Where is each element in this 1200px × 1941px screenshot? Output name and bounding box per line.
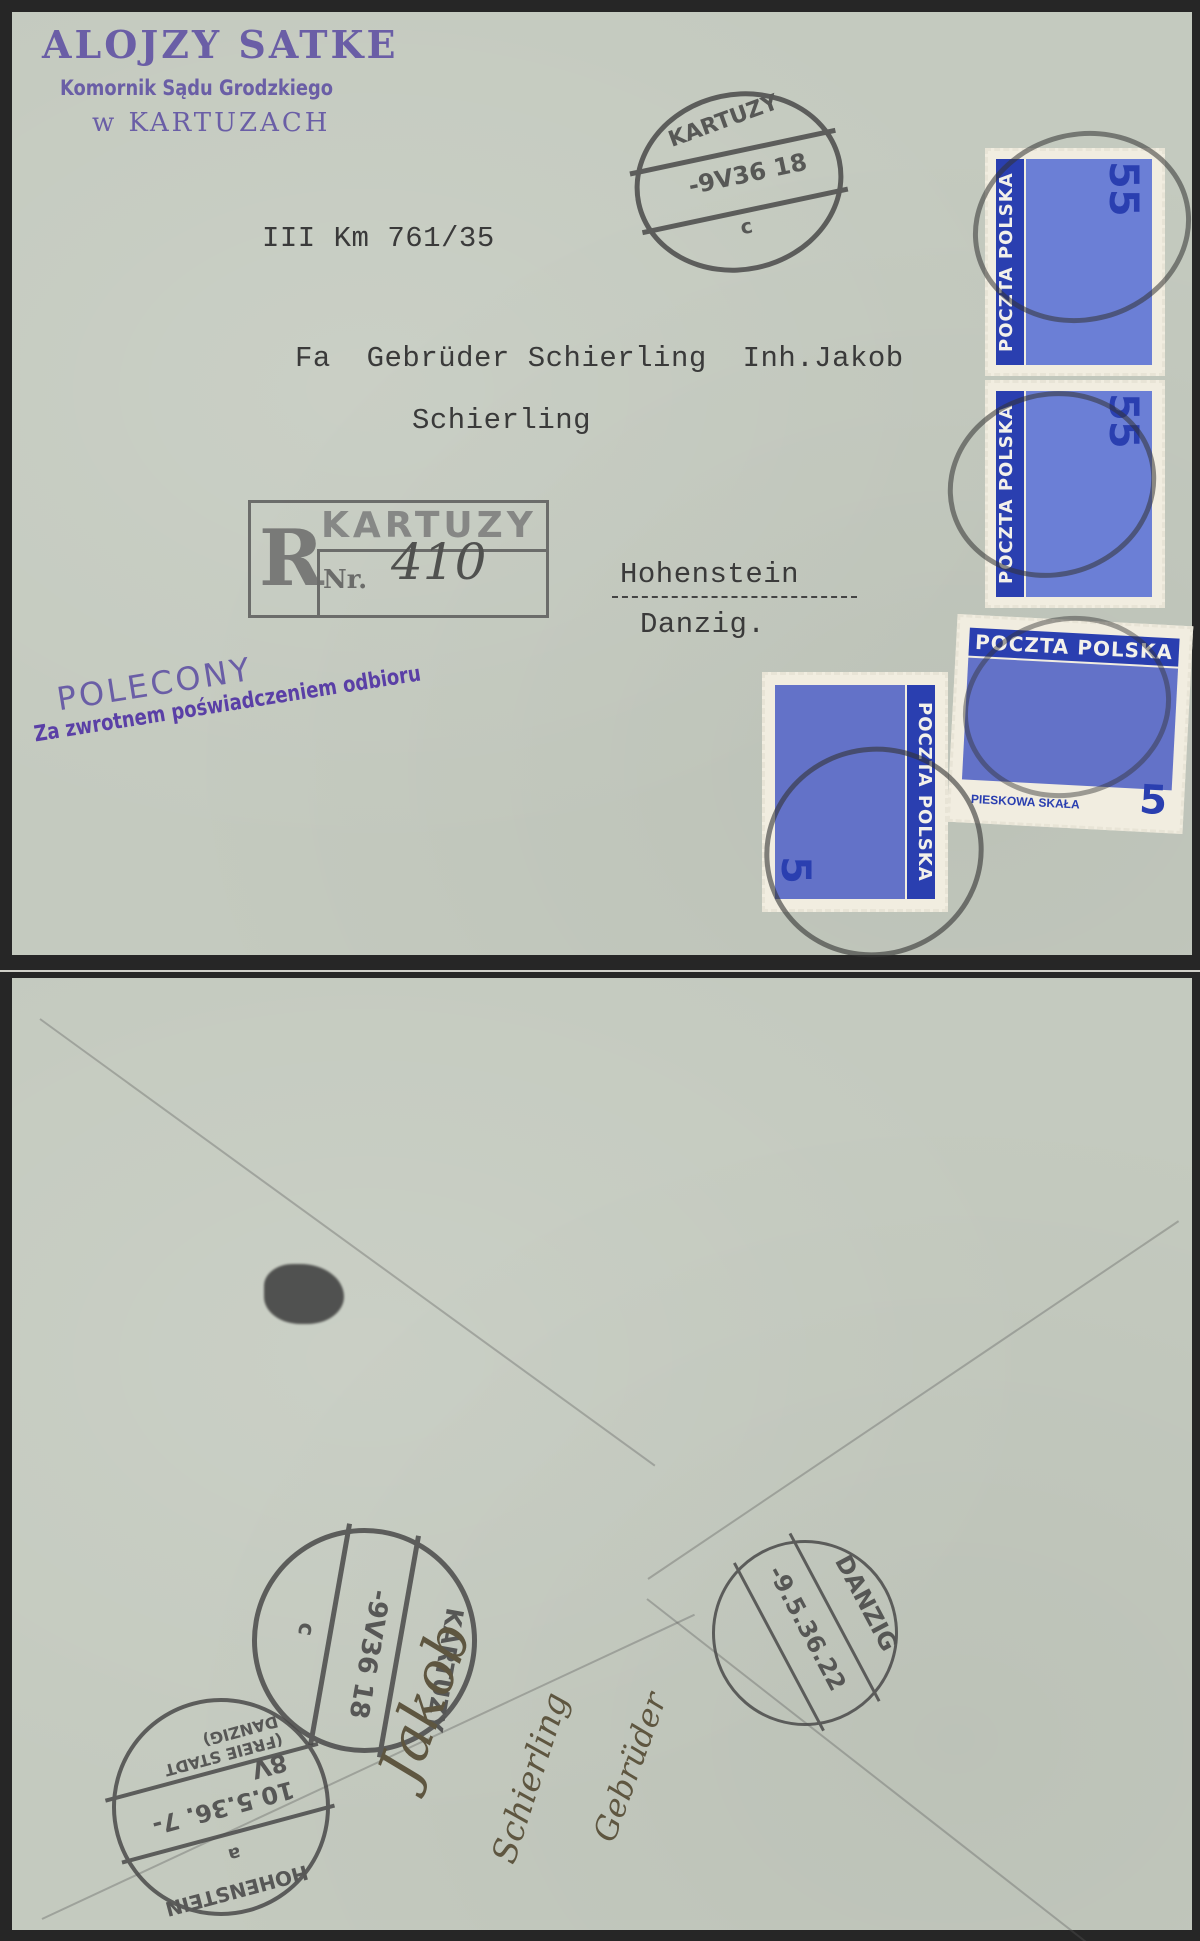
address-region: Danzig. bbox=[640, 608, 765, 641]
signature-2: Schierling bbox=[484, 1688, 577, 1869]
reference-number: III Km 761/35 bbox=[262, 222, 495, 255]
flap-line-right bbox=[647, 1220, 1179, 1580]
registration-letter: R bbox=[259, 513, 324, 604]
sender-city: w KARTUZACH bbox=[92, 108, 330, 138]
seal-smudge bbox=[264, 1264, 344, 1324]
panel-divider bbox=[0, 970, 1200, 972]
flap-line-left bbox=[39, 1018, 655, 1466]
address-city: Hohenstein bbox=[620, 558, 799, 591]
address-line-1: Fa Gebrüder Schierling Inh.Jakob bbox=[295, 342, 904, 375]
envelope-front: ALOJZY SATKE Komornik Sądu Grodzkiego w … bbox=[12, 12, 1192, 955]
address-line-2: Schierling bbox=[412, 404, 591, 437]
sender-title: Komornik Sądu Grodzkiego bbox=[60, 76, 333, 100]
registered-cachet: POLECONY Za zwrotnem poświadczeniem odbi… bbox=[54, 611, 507, 743]
sender-name: ALOJZY SATKE bbox=[42, 22, 399, 67]
envelope-back: KARTUZY -9V36 18 c DANZIG -9.5.36.22 HOH… bbox=[12, 978, 1192, 1930]
backstamp-danzig: DANZIG -9.5.36.22 bbox=[679, 1507, 931, 1759]
registration-nr-label: Nr. bbox=[323, 565, 367, 595]
registration-number: 410 bbox=[391, 533, 486, 591]
postmark-kartuzy: KARTUZY -9V36 18 c bbox=[618, 72, 861, 292]
registration-label: R KARTUZY Nr. 410 bbox=[248, 500, 549, 618]
address-underline bbox=[612, 596, 857, 598]
signature-3: Gebrüder bbox=[585, 1687, 674, 1846]
